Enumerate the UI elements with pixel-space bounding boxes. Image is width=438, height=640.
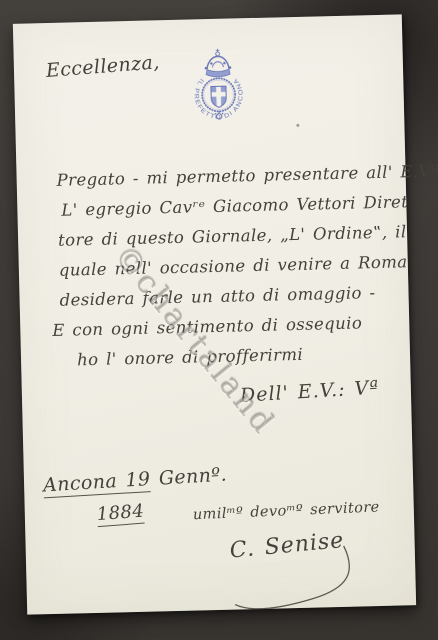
seal-shield-icon bbox=[210, 86, 227, 108]
photo-background: Eccellenza, bbox=[0, 0, 438, 640]
seal-crown-icon bbox=[204, 49, 231, 78]
signature-flourish bbox=[216, 543, 378, 622]
prefect-seal-stamp: IL PREFETTO DI ANCONA bbox=[177, 38, 260, 148]
place-day-text: Ancona 19 bbox=[43, 468, 152, 498]
paper-speck bbox=[296, 124, 299, 127]
valediction-text: umilᵐº devoᵐº servitore bbox=[193, 499, 380, 523]
place-date-text: Ancona 19 Gennº. bbox=[43, 464, 228, 497]
year-text: 1884 bbox=[96, 501, 145, 528]
salutation-text: Eccellenza, bbox=[45, 51, 160, 82]
letter-body: Pregato - mi permetto presentare all' E.… bbox=[56, 158, 397, 376]
month-text: Gennº. bbox=[158, 464, 227, 490]
letter-paper: Eccellenza, bbox=[13, 14, 416, 614]
